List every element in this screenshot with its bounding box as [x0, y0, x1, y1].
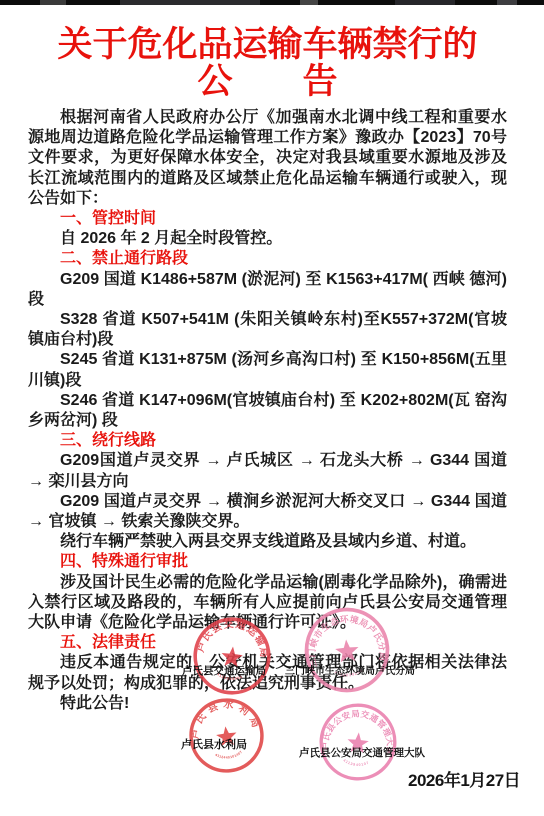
seal-label-transport-bureau: 卢氏县交通运输局: [182, 663, 266, 678]
road-segment: S245 省道 K131+875M (汤河乡高沟口村) 至 K150+856M(…: [28, 350, 507, 390]
official-seal-ecology-bureau: 三门峡市生态环境局卢氏分局 4112030254: [299, 602, 394, 697]
svg-text:三门峡市生态环境局卢氏分局: 三门峡市生态环境局卢氏分局: [302, 610, 390, 669]
official-seal-traffic-police: 卢氏县公安局交通管理大队 4113940107: [315, 699, 402, 786]
detour-route: G209 国道卢灵交界 → 横涧乡淤泥河大桥交叉口 → G344 国道 → 官坡…: [28, 492, 507, 532]
notice-document: 关于危化品运输车辆禁行的 公 告 根据河南省人民政府办公厅《加强南水北调中线工程…: [0, 0, 544, 816]
road-segment: S246 省道 K147+096M(官坡镇庙台村) 至 K202+802M(瓦 …: [28, 391, 507, 431]
seal-ring-text: 三门峡市生态环境局卢氏分局: [302, 610, 390, 669]
section-heading-special-approval: 四、特殊通行审批: [28, 552, 507, 572]
seal-label-traffic-police: 卢氏县公安局交通管理大队: [299, 745, 425, 760]
title-line-1: 关于危化品运输车辆禁行的: [57, 25, 477, 64]
notice-body: 关于危化品运输车辆禁行的 公 告 根据河南省人民政府办公厅《加强南水北调中线工程…: [28, 5, 507, 714]
title-line-2: 公 告: [197, 62, 337, 101]
top-crop-strip: [0, 0, 544, 5]
notice-date: 2026年1月27日: [408, 766, 520, 791]
section-heading-control-time: 一、管控时间: [28, 209, 507, 229]
control-time-paragraph: 自 2026 年 2 月起全时段管控。: [28, 229, 507, 249]
detour-note: 绕行车辆严禁驶入两县交界支线道路及县域内乡道、村道。: [28, 532, 507, 552]
detour-route: G209国道卢灵交界 → 卢氏城区 → 石龙头大桥 → G344 国道 → 栾川…: [28, 451, 507, 491]
seal-label-water-bureau: 卢氏县水利局: [181, 736, 247, 752]
notice-title: 关于危化品运输车辆禁行的 公 告: [28, 26, 507, 100]
seal-star-icon: [334, 638, 359, 662]
section-heading-detour-routes: 三、绕行线路: [28, 431, 507, 451]
intro-paragraph: 根据河南省人民政府办公厅《加强南水北调中线工程和重要水源地周边道路危险化学品运输…: [28, 108, 507, 209]
seal-label-ecology-bureau: 三门峡市生态环境局卢氏分局: [285, 662, 415, 677]
section-heading-banned-roads: 二、禁止通行路段: [28, 249, 507, 269]
road-segment: S328 省道 K507+541M (朱阳关镇岭东村)至K557+372M(官坡…: [28, 310, 507, 350]
official-seal-transport-bureau: 卢氏县交通运输局 4112240001: [188, 612, 276, 700]
road-segment: G209 国道 K1486+587M (淤泥河) 至 K1563+417M( 西…: [28, 270, 507, 310]
